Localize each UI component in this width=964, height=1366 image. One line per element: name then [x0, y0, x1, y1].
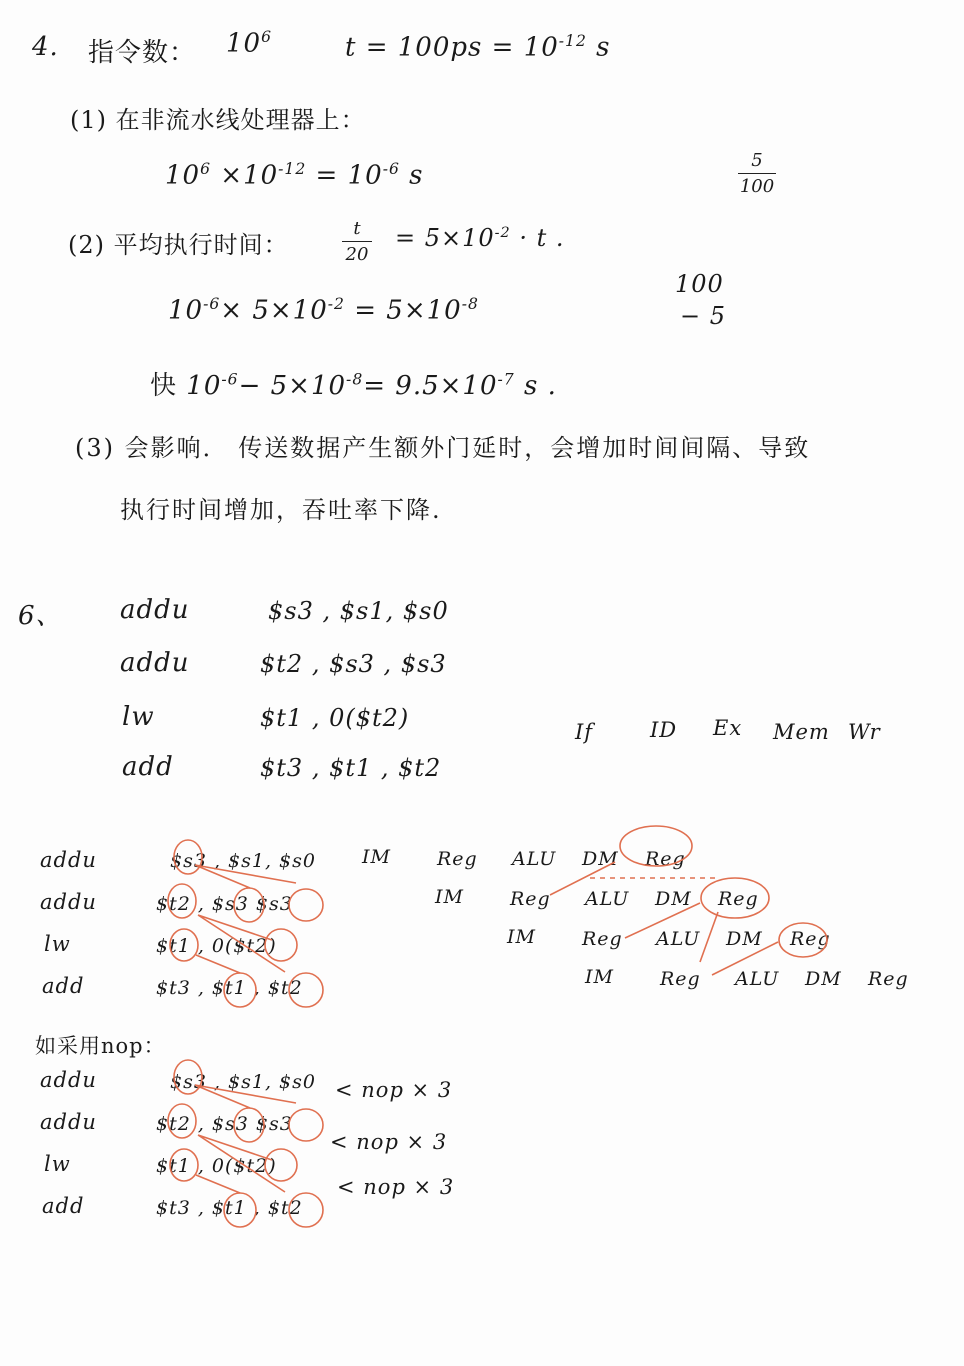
q4-p2-result: = 5×10-2 · t . [395, 224, 564, 252]
frac-num: t [353, 218, 360, 239]
side-fraction: 5 100 [738, 150, 776, 197]
instr-op: addu [40, 848, 97, 872]
q4-instr-label: 指令数： [88, 32, 196, 69]
stage-if: If [575, 720, 593, 744]
stage-cell: IM [585, 966, 614, 988]
stage-ex: Ex [713, 716, 742, 740]
side-sub-top: 100 [675, 270, 724, 298]
side-fraction-num: 5 [751, 150, 762, 171]
stage-mem: Mem [773, 720, 830, 744]
stage-cell: ALU [735, 968, 779, 990]
stage-cell: IM [507, 926, 536, 948]
q6-number: 6、 [18, 595, 63, 632]
stage-cell: Reg [645, 848, 686, 870]
nop-marker: < nop × 3 [337, 1175, 454, 1199]
instr-args: $s3 , $s1, $s0 [268, 597, 449, 625]
stage-cell: ALU [656, 928, 700, 950]
instr-args: $t3 , $t1 , $t2 [156, 1197, 303, 1219]
instr-args: $t1 , 0($t2) [156, 935, 277, 957]
instr-op: addu [40, 890, 97, 914]
q4-p3-line2: 执行时间增加，吞吐率下降. [120, 490, 442, 525]
q4-p1-calc: 106 ×10-12 = 10-6 s [165, 160, 424, 191]
instr-args: $t1 , 0($t2) [156, 1155, 277, 1177]
instr-args: $s3 , $s1, $s0 [170, 1071, 316, 1093]
stage-cell: IM [362, 846, 391, 868]
instr-args: $t3 , $t1 , $t2 [156, 977, 303, 999]
instr-op: addu [40, 1110, 97, 1134]
stage-cell: ALU [512, 848, 556, 870]
q4-p2-frac: t 20 [342, 218, 372, 265]
instr-op: lw [122, 702, 155, 732]
frac-den: 20 [346, 244, 369, 265]
instr-op: add [122, 752, 174, 782]
stage-cell: Reg [510, 888, 551, 910]
stage-cell: Reg [437, 848, 478, 870]
instr-op: lw [44, 1152, 71, 1176]
instr-args: $t2 , $s3 , $s3 [260, 650, 447, 678]
arrow-annotation [550, 862, 778, 975]
stage-cell: DM [655, 888, 692, 910]
dependency-annotations [0, 0, 964, 1366]
instr-op: addu [40, 1068, 97, 1092]
side-sub-bottom: − 5 [680, 302, 726, 330]
side-fraction-den: 100 [740, 176, 774, 197]
stage-cell: Reg [868, 968, 909, 990]
q4-t-def: t = 100ps = 10-12 s [345, 32, 611, 63]
q4-p2-label: (2) 平均执行时间： [68, 225, 289, 260]
stage-cell: DM [582, 848, 619, 870]
stage-cell: Reg [660, 968, 701, 990]
circle-annotation [289, 889, 323, 921]
stage-cell: Reg [582, 928, 623, 950]
stage-id: ID [650, 718, 677, 742]
q4-p2-calc: 10-6× 5×10-2 = 5×10-8 [168, 295, 479, 326]
nop-marker: < nop × 3 [330, 1130, 447, 1154]
q4-p3-line1: (3) 会影响． 传送数据产生额外门延时，会增加时间间隔、导致 [75, 428, 810, 463]
instr-args: $s3 , $s1, $s0 [170, 850, 316, 872]
instr-args: $t2 , $s3 $s3 [156, 1113, 293, 1135]
instr-op: add [42, 1194, 84, 1218]
stage-cell: Reg [790, 928, 831, 950]
stage-cell: IM [435, 886, 464, 908]
stage-cell: Reg [718, 888, 759, 910]
stage-cell: ALU [585, 888, 629, 910]
nop-section-label: 如采用nop： [35, 1030, 166, 1060]
instr-args: $t3 , $t1 , $t2 [260, 754, 441, 782]
instr-op: addu [120, 648, 190, 678]
nop-marker: < nop × 3 [335, 1078, 452, 1102]
instr-args: $t2 , $s3 $s3 [156, 893, 293, 915]
q4-p1-label: (1) 在非流水线处理器上： [70, 100, 366, 135]
circle-annotation [289, 1109, 323, 1141]
instr-op: addu [120, 595, 190, 625]
q4-instr-value: 106 [226, 28, 272, 59]
instr-op: lw [44, 932, 71, 956]
instr-op: add [42, 974, 84, 998]
stage-cell: DM [805, 968, 842, 990]
stage-wr: Wr [848, 720, 881, 744]
stage-cell: DM [726, 928, 763, 950]
q4-p2-faster: 快 10-6− 5×10-8= 9.5×10-7 s . [150, 365, 557, 402]
instr-args: $t1 , 0($t2) [260, 704, 409, 732]
q4-number: 4. [32, 32, 59, 62]
